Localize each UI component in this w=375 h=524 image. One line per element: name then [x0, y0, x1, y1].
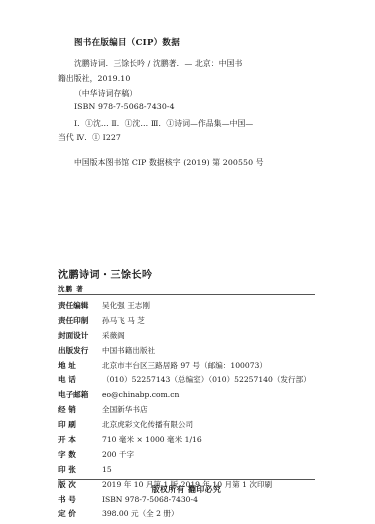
cip-line: 沈鹏诗词．三馀长吟 / 沈鹏著．— 北京：中国书 — [74, 58, 242, 69]
credit-label: 电子邮箱 — [58, 389, 102, 400]
credit-row: 印 张15 — [58, 462, 311, 477]
credit-row: 电 话（010）52257143（总编室）（010）52257140（发行部） — [58, 372, 311, 387]
book-author: 沈鹏 著 — [58, 284, 84, 293]
credit-label: 电 话 — [58, 374, 102, 385]
credit-value: 北京虎彩文化传播有限公司 — [102, 419, 193, 430]
credit-row: 定 价398.00 元（全 2 册） — [58, 506, 311, 521]
credit-label: 经 销 — [58, 404, 102, 415]
credit-label: 字 数 — [58, 449, 102, 460]
credit-row: 封面设计采薇阁 — [58, 328, 311, 343]
credit-value: ISBN 978-7-5068-7430-4 — [102, 495, 198, 504]
credit-value: 孙马飞 马 芝 — [102, 315, 145, 326]
credit-label: 定 价 — [58, 508, 102, 519]
credit-label: 责任编辑 — [58, 300, 102, 311]
credit-value: 398.00 元（全 2 册） — [102, 508, 179, 519]
cip-line: （中华诗词存稿） — [74, 88, 137, 99]
credit-row: 责任编辑吴化强 王志刚 — [58, 298, 311, 313]
cip-line: 籍出版社，2019.10 — [58, 73, 130, 84]
credit-label: 书 号 — [58, 494, 102, 505]
credit-value: 北京市丰台区三路居路 97 号（邮编：100073） — [102, 360, 267, 371]
cip-line: ISBN 978-7-5068-7430-4 — [74, 102, 175, 111]
credit-label: 出版发行 — [58, 345, 102, 356]
credit-label: 责任印制 — [58, 315, 102, 326]
divider-top — [58, 294, 315, 295]
credit-row: 字 数200 千字 — [58, 447, 311, 462]
credit-value: 中国书籍出版社 — [102, 345, 155, 356]
credit-value: 采薇阁 — [102, 330, 125, 341]
credit-value: 200 千字 — [102, 449, 134, 460]
credit-row: 责任印制孙马飞 马 芝 — [58, 313, 311, 328]
credit-value: 15 — [102, 465, 112, 474]
credit-value: 全国新华书店 — [102, 404, 148, 415]
credit-value: 710 毫米 × 1000 毫米 1/16 — [102, 434, 202, 445]
cip-line: 当代 Ⅳ．① I227 — [58, 132, 121, 143]
cip-line: 中国版本图书馆 CIP 数据核字 (2019) 第 200550 号 — [74, 157, 264, 168]
cip-line: Ⅰ．①沈… Ⅱ．①沈… Ⅲ．①诗词—作品集—中国— — [74, 118, 253, 129]
credit-label: 地 址 — [58, 360, 102, 371]
credit-value: 吴化强 王志刚 — [102, 300, 150, 311]
credit-label: 印 张 — [58, 464, 102, 475]
credit-value: （010）52257143（总编室）（010）52257140（发行部） — [102, 374, 311, 385]
credit-label: 开 本 — [58, 434, 102, 445]
credit-label: 封面设计 — [58, 330, 102, 341]
credit-row: 印 刷北京虎彩文化传播有限公司 — [58, 417, 311, 432]
credit-value: eo@chinabp.com.cn — [102, 390, 179, 399]
cip-heading: 图书在版编目（CIP）数据 — [74, 36, 180, 48]
credit-row: 出版发行中国书籍出版社 — [58, 343, 311, 358]
credit-row: 地 址北京市丰台区三路居路 97 号（邮编：100073） — [58, 358, 311, 373]
book-title: 沈鹏诗词・三馀长吟 — [58, 266, 153, 281]
credit-row: 电子邮箱eo@chinabp.com.cn — [58, 387, 311, 402]
credit-row: 经 销全国新华书店 — [58, 402, 311, 417]
divider-bottom — [58, 479, 315, 480]
credit-row: 开 本710 毫米 × 1000 毫米 1/16 — [58, 432, 311, 447]
credit-label: 印 刷 — [58, 419, 102, 430]
copyright-notice: 版权所有 翻印必究 — [58, 484, 315, 495]
